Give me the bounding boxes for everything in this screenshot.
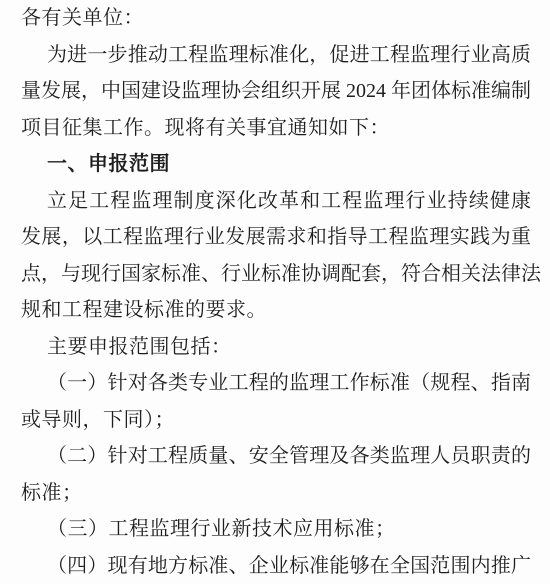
line-scope-intro: 主要申报范围包括： [21,329,531,366]
line-item-2a: （二）针对工程质量、安全管理及各类监理人员职责的 [21,438,531,475]
line-item-3: （三）工程监理行业新技术应用标准； [21,511,531,548]
line-item-1a: （一）针对各类专业工程的监理工作标准（规程、指南 [21,365,531,402]
line-intro-3: 项目征集工作。现将有关事宜通知如下： [21,110,531,147]
line-intro-2: 量发展，中国建设监理协会组织开展 2024 年团体标准编制 [21,73,531,110]
section-1-heading: 一、申报范围 [21,146,531,183]
line-item-2b: 标准； [21,475,531,512]
line-item-4: （四）现有地方标准、企业标准能够在全国范围内推广 [21,548,531,584]
line-scope-2: 发展，以工程监理行业发展需求和指导工程监理实践为重 [21,219,531,256]
line-item-1b: 或导则，下同）； [21,402,531,439]
line-scope-1: 立足工程监理制度深化改革和工程监理行业持续健康 [21,183,531,220]
line-intro-1: 为进一步推动工程监理标准化，促进工程监理行业高质 [21,37,531,74]
line-scope-3: 点，与现行国家标准、行业标准协调配套，符合相关法律法 [21,256,531,293]
document-page: 各有关单位： 为进一步推动工程监理标准化，促进工程监理行业高质 量发展，中国建设… [0,0,550,584]
line-scope-4: 规和工程建设标准的要求。 [21,292,531,329]
line-salutation: 各有关单位： [21,0,531,37]
